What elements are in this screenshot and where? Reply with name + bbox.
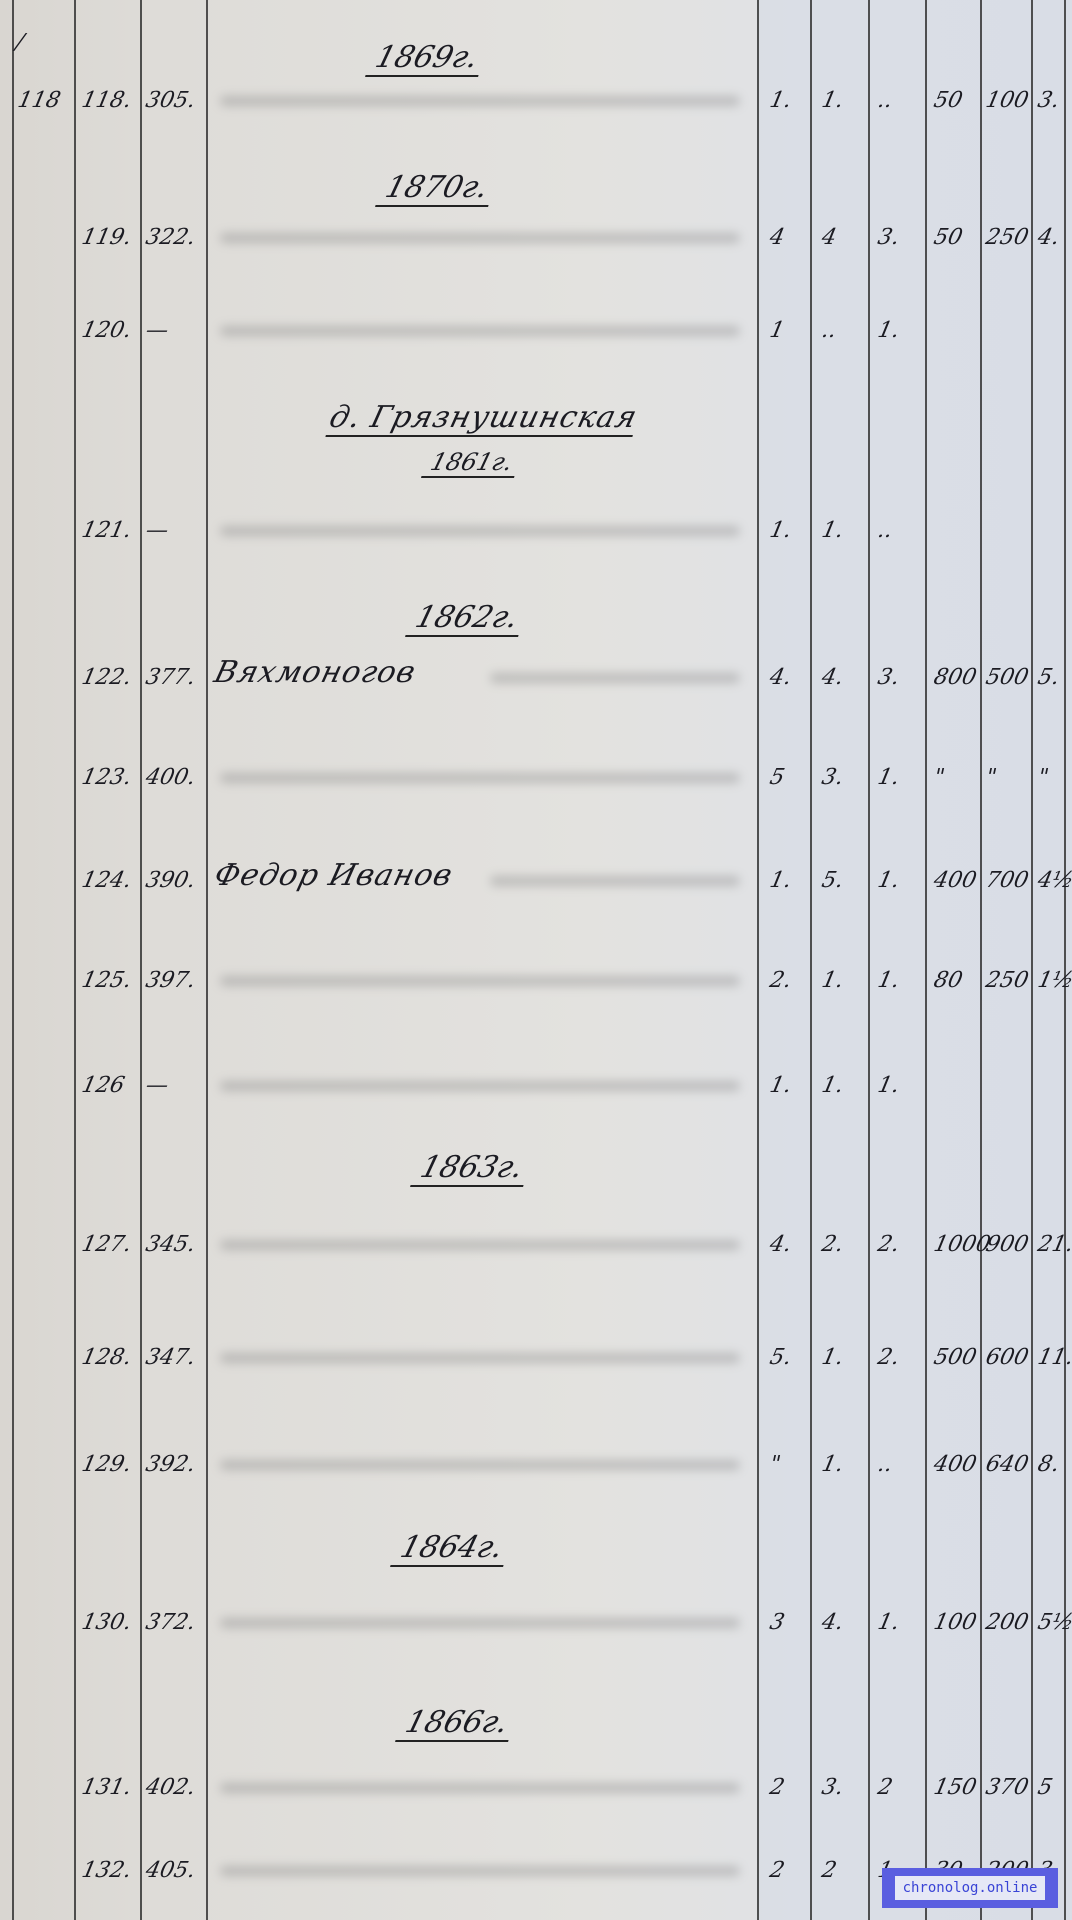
rule-line bbox=[810, 0, 812, 1920]
year-header: 1863г. bbox=[410, 1150, 533, 1187]
row-ref-no: — bbox=[143, 318, 171, 344]
row-entry-no: 120. bbox=[79, 318, 134, 344]
row-entry-no: 128. bbox=[79, 1345, 134, 1371]
row-c5: 200 bbox=[983, 1610, 1031, 1636]
rule-line bbox=[12, 0, 14, 1920]
year-header: 1866г. bbox=[395, 1705, 518, 1742]
row-c5: 700 bbox=[983, 868, 1031, 894]
row-c4: 150 bbox=[931, 1775, 979, 1801]
rule-line bbox=[757, 0, 759, 1920]
redacted-name bbox=[220, 1866, 740, 1876]
row-entry-no: 125. bbox=[79, 968, 134, 994]
rule-line bbox=[980, 0, 982, 1920]
village-header: д. Грязнушинская bbox=[325, 400, 641, 437]
redacted-name bbox=[220, 326, 740, 336]
redacted-name bbox=[220, 1783, 740, 1793]
row-c5: 250 bbox=[983, 225, 1031, 251]
row-c6: 21. bbox=[1035, 1232, 1072, 1258]
row-ref-no: 390. bbox=[143, 868, 198, 894]
watermark-text: chronolog.online bbox=[895, 1876, 1046, 1900]
row-c4: 500 bbox=[931, 1345, 979, 1371]
row-c4: 50 bbox=[931, 225, 965, 251]
row-c5: 500 bbox=[983, 665, 1031, 691]
row-ref-no: 305. bbox=[143, 88, 198, 114]
row-page-ref: 118 bbox=[15, 88, 63, 114]
row-ref-no: 347. bbox=[143, 1345, 198, 1371]
row-ref-no: — bbox=[143, 518, 171, 544]
row-entry-no: 132. bbox=[79, 1858, 134, 1884]
year-header: 1870г. bbox=[375, 170, 498, 207]
row-c4: 100 bbox=[931, 1610, 979, 1636]
row-name: Вяхмоногов bbox=[211, 655, 420, 690]
row-entry-no: 119. bbox=[79, 225, 134, 251]
row-c4: 50 bbox=[931, 88, 965, 114]
row-entry-no: 122. bbox=[79, 665, 134, 691]
redacted-name bbox=[220, 233, 740, 243]
row-c5: 100 bbox=[983, 88, 1031, 114]
row-entry-no: 126 bbox=[79, 1073, 127, 1099]
rule-line bbox=[206, 0, 208, 1920]
row-entry-no: 121. bbox=[79, 518, 134, 544]
row-c5: 600 bbox=[983, 1345, 1031, 1371]
row-ref-no: 402. bbox=[143, 1775, 198, 1801]
redacted-name bbox=[220, 773, 740, 783]
row-ref-no: 397. bbox=[143, 968, 198, 994]
redacted-name bbox=[490, 876, 740, 886]
redacted-name bbox=[220, 526, 740, 536]
rule-line bbox=[74, 0, 76, 1920]
year-header: 1869г. bbox=[365, 40, 488, 77]
row-c4: 800 bbox=[931, 665, 979, 691]
redacted-name bbox=[490, 673, 740, 683]
row-name: Федор Иванов bbox=[211, 858, 457, 893]
row-c5: 370 bbox=[983, 1775, 1031, 1801]
year-header: 1861г. bbox=[421, 448, 522, 478]
rule-line bbox=[925, 0, 927, 1920]
row-c6: 1½ bbox=[1035, 968, 1072, 994]
rule-line bbox=[1031, 0, 1033, 1920]
row-c5: 640 bbox=[983, 1452, 1031, 1478]
row-entry-no: 124. bbox=[79, 868, 134, 894]
row-c4: 80 bbox=[931, 968, 965, 994]
rule-line bbox=[140, 0, 142, 1920]
rule-line bbox=[868, 0, 870, 1920]
row-ref-no: 392. bbox=[143, 1452, 198, 1478]
row-c5: 250 bbox=[983, 968, 1031, 994]
row-ref-no: 405. bbox=[143, 1858, 198, 1884]
redacted-name bbox=[220, 1081, 740, 1091]
row-ref-no: 377. bbox=[143, 665, 198, 691]
row-entry-no: 118. bbox=[79, 88, 134, 114]
row-entry-no: 129. bbox=[79, 1452, 134, 1478]
redacted-name bbox=[220, 1353, 740, 1363]
redacted-name bbox=[220, 1240, 740, 1250]
row-c5: 900 bbox=[983, 1232, 1031, 1258]
row-entry-no: 131. bbox=[79, 1775, 134, 1801]
row-ref-no: 322. bbox=[143, 225, 198, 251]
redacted-name bbox=[220, 96, 740, 106]
row-c6: 5½ bbox=[1035, 1610, 1072, 1636]
row-c6: 4½ bbox=[1035, 868, 1072, 894]
redacted-name bbox=[220, 1460, 740, 1470]
watermark: chronolog.online bbox=[882, 1868, 1058, 1908]
row-entry-no: 130. bbox=[79, 1610, 134, 1636]
row-c4: 400 bbox=[931, 1452, 979, 1478]
row-entry-no: 127. bbox=[79, 1232, 134, 1258]
row-entry-no: 123. bbox=[79, 765, 134, 791]
corner-mark: / bbox=[13, 30, 26, 56]
year-header: 1864г. bbox=[390, 1530, 513, 1567]
year-header: 1862г. bbox=[405, 600, 528, 637]
row-c4: 400 bbox=[931, 868, 979, 894]
row-c6: 11. bbox=[1035, 1345, 1072, 1371]
redacted-name bbox=[220, 1618, 740, 1628]
row-ref-no: 372. bbox=[143, 1610, 198, 1636]
row-ref-no: 400. bbox=[143, 765, 198, 791]
row-ref-no: 345. bbox=[143, 1232, 198, 1258]
redacted-name bbox=[220, 976, 740, 986]
row-ref-no: — bbox=[143, 1073, 171, 1099]
